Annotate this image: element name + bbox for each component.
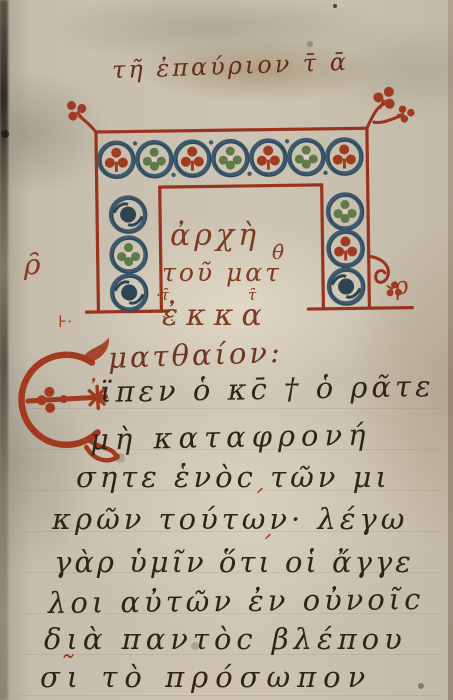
- body-line-2: μὴ καταφρονή: [90, 418, 372, 457]
- lead-mark: ᾽: [86, 376, 98, 404]
- headpiece-ornament: [53, 85, 426, 330]
- body-line-4: κρῶν τούτων· λέγω: [52, 502, 408, 536]
- rubric-line-1: ἀρχὴ: [170, 218, 260, 253]
- red-accent-3: ῀: [58, 650, 73, 685]
- body-line-6: λοι αὐτῶν ἐν οὐνοῖϲ: [48, 582, 425, 620]
- inner-corner-dots: · :: [162, 310, 175, 325]
- body-line-1: ϊπεν ὁ κϲ̄ † ὁ ρᾶτε: [100, 369, 435, 409]
- manuscript-page: τῆ ἐπαύριον τ̄ ᾱ: [0, 0, 453, 700]
- margin-ticks-left: ⊦·: [58, 312, 72, 331]
- running-title: τῆ ἐπαύριον τ̄ ᾱ: [112, 48, 350, 84]
- rubric-line-2: τοῦ ματ: [162, 258, 282, 287]
- rubric-caption: ματθαίον:: [107, 335, 283, 375]
- body-line-5: γὰρ ὑμῖν ὅτι οἱ ἄγγε: [54, 545, 414, 579]
- body-line-8: σι τὸ πρόσωπον: [40, 660, 372, 694]
- body-line-7: διὰ παντὸϲ βλέπου: [44, 622, 407, 656]
- red-accent-2: ´: [258, 532, 271, 562]
- red-accent-1: ´: [250, 486, 263, 516]
- body-line-3: σητε ἑνὸϲ τῶν μι: [76, 460, 391, 494]
- rubric-line-3: ἐκκα: [162, 298, 270, 333]
- ink-specks: [333, 4, 337, 8]
- margin-rho-left: ρ̑: [24, 248, 40, 281]
